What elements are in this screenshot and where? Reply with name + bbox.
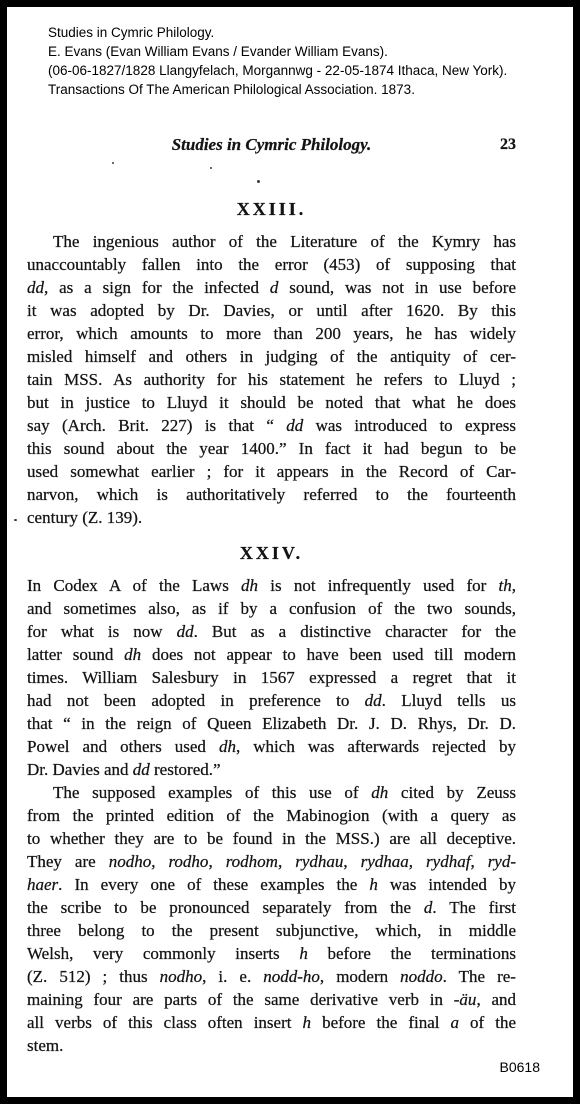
text-segment: misled himself and others in judging of …	[27, 347, 516, 366]
text-segment: all verbs of this class often insert	[27, 1013, 303, 1032]
text-segment: . But as a distinctive character for the	[194, 622, 516, 641]
text-segment: . The first	[432, 898, 516, 917]
text-segment: maining four are parts of the same deriv…	[27, 990, 454, 1009]
text-segment: ,	[151, 852, 168, 871]
italic-term: rydhaf	[426, 852, 470, 871]
italic-term: h	[299, 944, 308, 963]
text-segment: used somewhat earlier ; for it appears i…	[27, 462, 516, 481]
text-segment: ,	[512, 576, 516, 595]
text-line: all verbs of this class often insert h b…	[27, 1011, 516, 1034]
text-segment: of the	[459, 1013, 516, 1032]
text-line: say (Arch. Brit. 227) is that “ dd was i…	[27, 414, 516, 437]
text-line: it was adopted by Dr. Davies, or until a…	[27, 299, 516, 322]
text-segment: and sometimes also, as if by a confusion…	[27, 599, 516, 618]
bibliographic-line: Studies in Cymric Philology.	[48, 23, 516, 42]
italic-term: nodho	[109, 852, 152, 871]
italic-term: rodhom	[226, 852, 278, 871]
text-segment: had not been adopted in preference to	[27, 691, 365, 710]
page-number: 23	[500, 136, 516, 154]
text-line: that “ in the reign of Queen Elizabeth D…	[27, 712, 516, 735]
text-line: error, which amounts to more than 200 ye…	[27, 322, 516, 345]
text-line: had not been adopted in preference to dd…	[27, 689, 516, 712]
italic-term: nodho	[160, 967, 203, 986]
text-line: from the printed edition of the Mabinogi…	[27, 804, 516, 827]
italic-term: dd	[286, 416, 303, 435]
text-segment: . The re-	[443, 967, 516, 986]
italic-term: ryd-	[488, 852, 516, 871]
text-segment: before the terminations	[308, 944, 516, 963]
text-line: century (Z. 139).	[27, 506, 516, 529]
text-segment: Dr. Davies and	[27, 760, 133, 779]
text-line: They are nodho, rodho, rodhom, rydhau, r…	[27, 850, 516, 873]
scan-code: B0618	[27, 1059, 540, 1075]
bibliographic-line: Transactions Of The American Philologica…	[48, 80, 516, 99]
paragraph: The ingenious author of the Literature o…	[27, 230, 516, 529]
text-segment: it was adopted by Dr. Davies, or until a…	[27, 301, 516, 320]
text-segment: the scribe to be pronounced separately f…	[27, 898, 424, 917]
text-segment: In Codex A of the Laws	[27, 576, 241, 595]
text-segment: this sound about the year 1400.” In fact…	[27, 439, 516, 458]
paragraph: The supposed examples of this use of dh …	[27, 781, 516, 1057]
text-segment: ,	[470, 852, 487, 871]
text-segment: for what is now	[27, 622, 177, 641]
text-line: In Codex A of the Laws dh is not infrequ…	[27, 574, 516, 597]
text-line: The ingenious author of the Literature o…	[27, 230, 516, 253]
text-line: The supposed examples of this use of dh …	[27, 781, 516, 804]
italic-term: dh	[219, 737, 236, 756]
italic-term: rydhau	[295, 852, 343, 871]
text-line: Dr. Davies and dd restored.”	[27, 758, 516, 781]
text-segment: The supposed examples of this use of	[53, 783, 371, 802]
text-segment: before the final	[311, 1013, 450, 1032]
text-segment: that “ in the reign of Queen Elizabeth D…	[27, 714, 516, 733]
text-line: for what is now dd. But as a distinctive…	[27, 620, 516, 643]
text-line: misled himself and others in judging of …	[27, 345, 516, 368]
text-line: (Z. 512) ; thus nodho, i. e. nodd-ho, mo…	[27, 965, 516, 988]
text-line: tain MSS. As authority for his statement…	[27, 368, 516, 391]
text-segment: Powel and others used	[27, 737, 219, 756]
text-segment: but in justice to Lluyd it should be not…	[27, 393, 516, 412]
text-segment: They are	[27, 852, 109, 871]
bibliographic-line: (06-06-1827/1828 Llangyfelach, Morgannwg…	[48, 61, 516, 80]
section: XXIV.In Codex A of the Laws dh is not in…	[27, 543, 516, 1057]
text-line: this sound about the year 1400.” In fact…	[27, 437, 516, 460]
text-line: three belong to the present subjunctive,…	[27, 919, 516, 942]
text-segment: was intended by	[378, 875, 516, 894]
italic-term: rydhaa	[361, 852, 409, 871]
text-segment: , which was afterwards rejected by	[236, 737, 516, 756]
text-segment: is not infrequently used for	[258, 576, 498, 595]
text-segment: (Z. 512) ; thus	[27, 967, 160, 986]
text-segment: . In every one of these examples the	[58, 875, 369, 894]
text-segment: latter sound	[27, 645, 124, 664]
running-head: Studies in Cymric Philology. 23	[27, 135, 516, 157]
text-segment: ,	[278, 852, 295, 871]
italic-term: dd	[177, 622, 194, 641]
section: XXIII.The ingenious author of the Litera…	[27, 199, 516, 529]
text-segment: . Lluyd tells us	[382, 691, 516, 710]
text-segment: say (Arch. Brit. 227) is that “	[27, 416, 286, 435]
italic-term: dd	[133, 760, 150, 779]
scanned-page: Studies in Cymric Philology.E. Evans (Ev…	[0, 0, 580, 1104]
text-segment: ,	[409, 852, 426, 871]
text-segment: times. William Salesbury in 1567 express…	[27, 668, 516, 687]
text-segment: The ingenious author of the Literature o…	[53, 232, 516, 251]
text-line: haer. In every one of these examples the…	[27, 873, 516, 896]
text-line: the scribe to be pronounced separately f…	[27, 896, 516, 919]
section-heading: XXIV.	[27, 543, 516, 564]
text-segment: error, which amounts to more than 200 ye…	[27, 324, 516, 343]
scan-artifact-dot	[210, 167, 212, 169]
scan-artifact-dot	[257, 180, 260, 183]
bibliographic-header: Studies in Cymric Philology.E. Evans (Ev…	[48, 23, 516, 99]
text-line: dd, as a sign for the infected d sound, …	[27, 276, 516, 299]
text-line: unaccountably fallen into the error (453…	[27, 253, 516, 276]
italic-term: a	[451, 1013, 460, 1032]
text-line: used somewhat earlier ; for it appears i…	[27, 460, 516, 483]
text-line: but in justice to Lluyd it should be not…	[27, 391, 516, 414]
italic-term: nodd-ho	[263, 967, 320, 986]
italic-term: dd	[365, 691, 382, 710]
italic-term: dh	[124, 645, 141, 664]
text-line: latter sound dh does not appear to have …	[27, 643, 516, 666]
text-segment: Welsh, very commonly inserts	[27, 944, 299, 963]
text-segment: ,	[208, 852, 225, 871]
text-segment: , and	[476, 990, 516, 1009]
page-body: XXIII.The ingenious author of the Litera…	[27, 199, 516, 1057]
text-segment: from the printed edition of the Mabinogi…	[27, 806, 516, 825]
section-heading: XXIII.	[27, 199, 516, 220]
italic-term: noddo	[400, 967, 443, 986]
text-segment: , modern	[320, 967, 400, 986]
scan-artifact-dot	[14, 519, 17, 521]
text-segment: , i. e.	[202, 967, 263, 986]
text-segment: , as a sign for the infected	[44, 278, 270, 297]
text-line: Powel and others used dh, which was afte…	[27, 735, 516, 758]
italic-term: -äu	[454, 990, 477, 1009]
text-line: and sometimes also, as if by a confusion…	[27, 597, 516, 620]
text-line: narvon, which is authoritatively referre…	[27, 483, 516, 506]
running-head-title: Studies in Cymric Philology.	[172, 135, 372, 155]
text-segment: narvon, which is authoritatively referre…	[27, 485, 516, 504]
scan-artifact-dot	[112, 162, 114, 164]
text-line: stem.	[27, 1034, 516, 1057]
italic-term: dh	[371, 783, 388, 802]
text-segment: unaccountably fallen into the error (453…	[27, 255, 516, 274]
text-segment: stem.	[27, 1036, 63, 1055]
text-segment: to whether they are to be found in the M…	[27, 829, 516, 848]
italic-term: th	[499, 576, 512, 595]
text-segment: three belong to the present subjunctive,…	[27, 921, 516, 940]
text-segment: century (Z. 139).	[27, 508, 142, 527]
italic-term: haer	[27, 875, 58, 894]
text-line: to whether they are to be found in the M…	[27, 827, 516, 850]
text-line: Welsh, very commonly inserts h before th…	[27, 942, 516, 965]
text-segment: cited by Zeuss	[388, 783, 516, 802]
italic-term: rodho	[168, 852, 208, 871]
text-segment: ,	[343, 852, 360, 871]
italic-term: dh	[241, 576, 258, 595]
text-segment: does not appear to have been used till m…	[141, 645, 516, 664]
text-segment: sound, was not in use before	[278, 278, 516, 297]
text-segment: restored.”	[150, 760, 221, 779]
text-line: times. William Salesbury in 1567 express…	[27, 666, 516, 689]
text-segment: was introduced to express	[303, 416, 516, 435]
italic-term: h	[303, 1013, 312, 1032]
italic-term: h	[369, 875, 378, 894]
text-segment: tain MSS. As authority for his statement…	[27, 370, 516, 389]
italic-term: dd	[27, 278, 44, 297]
bibliographic-line: E. Evans (Evan William Evans / Evander W…	[48, 42, 516, 61]
paragraph: In Codex A of the Laws dh is not infrequ…	[27, 574, 516, 781]
text-line: maining four are parts of the same deriv…	[27, 988, 516, 1011]
